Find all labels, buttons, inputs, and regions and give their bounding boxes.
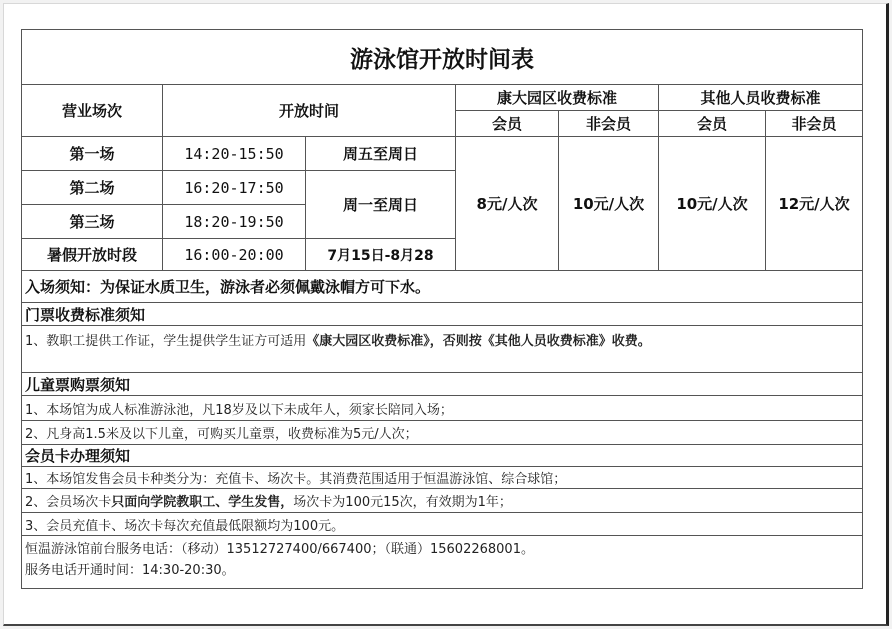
card-notice-text: 2、会员场次卡 — [25, 491, 111, 510]
child-notice-item: 2、凡身高1.5米及以下儿童，可购买儿童票，收费标准为5元/人次； — [21, 420, 863, 445]
price-a-non-member: 10元/人次 — [558, 136, 659, 271]
card-notice-text: 场次卡为100元15次，有效期为1年； — [293, 491, 512, 510]
session-name: 第三场 — [21, 204, 163, 239]
ticket-notice-item: 1、教职工提供工作证，学生提供学生证方可适用《康大园区收费标准》，否则按《其他人… — [21, 325, 863, 373]
session-days: 周一至周日 — [305, 170, 456, 239]
session-time: 16:00-20:00 — [162, 238, 306, 271]
header-a-member: 会员 — [455, 110, 559, 137]
header-a-non-member: 非会员 — [558, 110, 659, 137]
session-name: 暑假开放时段 — [21, 238, 163, 271]
contact-phone: 恒温游泳馆前台服务电话：（移动）13512727400/667400；（联通）1… — [25, 539, 534, 560]
ticket-notice-heading: 门票收费标准须知 — [21, 302, 863, 326]
card-notice-item: 1、本场馆发售会员卡种类分为：充值卡、场次卡。其消费范围适用于恒温游泳馆、综合球… — [21, 466, 863, 489]
table-title: 游泳馆开放时间表 — [21, 29, 863, 85]
header-open-time: 开放时间 — [162, 84, 456, 137]
child-notice-item: 1、本场馆为成人标准游泳池，凡18岁及以下未成年人，须家长陪同入场； — [21, 395, 863, 421]
ticket-notice-text: 1、教职工提供工作证，学生提供学生证方可适用 — [25, 330, 306, 349]
session-time: 18:20-19:50 — [162, 204, 306, 239]
price-b-non-member: 12元/人次 — [765, 136, 863, 271]
card-notice-item: 2、会员场次卡只面向学院教职工、学生发售，场次卡为100元15次，有效期为1年； — [21, 488, 863, 513]
card-notice-bold: 只面向学院教职工、学生发售， — [111, 491, 293, 510]
header-group-b: 其他人员收费标准 — [658, 84, 863, 111]
header-b-non-member: 非会员 — [765, 110, 863, 137]
card-notice-item: 3、会员充值卡、场次卡每次充值最低限额均为100元。 — [21, 512, 863, 536]
price-a-member: 8元/人次 — [455, 136, 559, 271]
price-b-member: 10元/人次 — [658, 136, 766, 271]
session-days: 周五至周日 — [305, 136, 456, 171]
session-time: 16:20-17:50 — [162, 170, 306, 205]
card-notice-heading: 会员卡办理须知 — [21, 444, 863, 467]
session-days: 7月15日-8月28 — [305, 238, 456, 271]
session-name: 第二场 — [21, 170, 163, 205]
ticket-notice-bold: 《康大园区收费标准》，否则按《其他人员收费标准》收费。 — [306, 330, 651, 349]
child-notice-heading: 儿童票购票须知 — [21, 372, 863, 396]
session-time: 14:20-15:50 — [162, 136, 306, 171]
header-group-a: 康大园区收费标准 — [455, 84, 659, 111]
entry-notice: 入场须知：为保证水质卫生，游泳者必须佩戴泳帽方可下水。 — [21, 270, 863, 303]
contact-info: 恒温游泳馆前台服务电话：（移动）13512727400/667400；（联通）1… — [21, 535, 863, 589]
session-name: 第一场 — [21, 136, 163, 171]
header-b-member: 会员 — [658, 110, 766, 137]
contact-hours: 服务电话开通时间：14:30-20:30。 — [25, 560, 235, 581]
header-session: 营业场次 — [21, 84, 163, 137]
